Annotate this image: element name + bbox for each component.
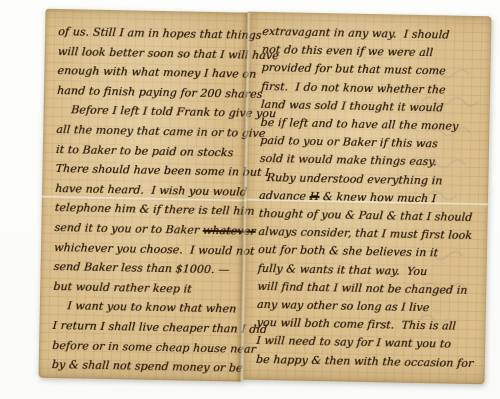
letter-spread: of us. Still I am in hopes that thingswi…: [38, 9, 491, 386]
handwriting-left: of us. Still I am in hopes that thingswi…: [52, 22, 246, 378]
handwriting-line: by & shall not spend money or be: [51, 355, 239, 378]
scan-canvas: of us. Still I am in hopes that thingswi…: [0, 0, 500, 399]
handwriting-line: be happy & then with the occasion for: [255, 351, 479, 373]
letter-page-left: of us. Still I am in hopes that thingswi…: [38, 9, 249, 382]
handwriting-right: extravagant in any way. I shouldnot do t…: [256, 23, 486, 373]
letter-page-right: extravagant in any way. I shouldnot do t…: [241, 12, 492, 385]
